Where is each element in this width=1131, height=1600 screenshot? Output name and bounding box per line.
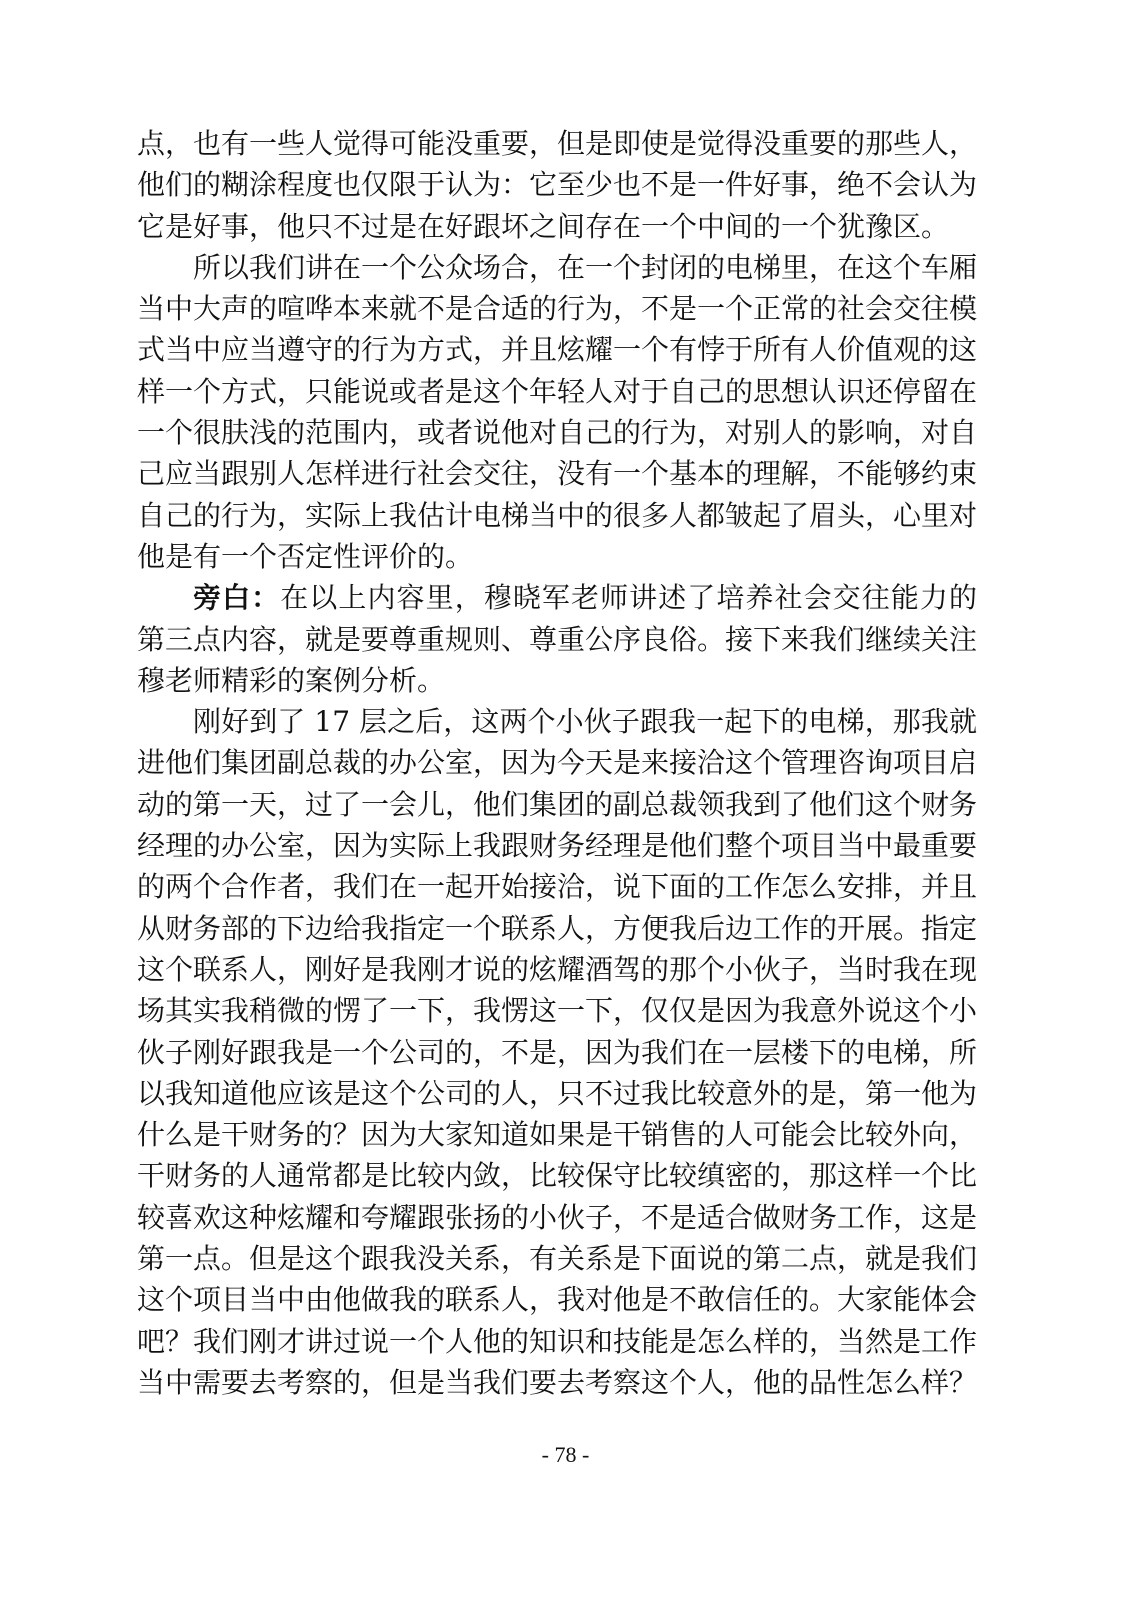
paragraph-continuation: 点，也有一些人觉得可能没重要，但是即使是觉得没重要的那些人，他们的糊涂程度也仅限… — [137, 123, 977, 247]
page-number: - 78 - — [0, 1442, 1131, 1468]
paragraph-public-behavior: 所以我们讲在一个公众场合，在一个封闭的电梯里，在这个车厢当中大声的喧哗本来就不是… — [137, 247, 977, 577]
paragraph-narration: 旁白：在以上内容里，穆晓军老师讲述了培养社会交往能力的第三点内容，就是要尊重规则… — [137, 577, 977, 701]
paragraph-case-story: 刚好到了 17 层之后，这两个小伙子跟我一起下的电梯，那我就进他们集团副总裁的办… — [137, 701, 977, 1403]
paragraph-text: 点，也有一些人觉得可能没重要，但是即使是觉得没重要的那些人，他们的糊涂程度也仅限… — [137, 127, 977, 243]
narration-label: 旁白： — [193, 581, 280, 614]
paragraph-text: 刚好到了 17 层之后，这两个小伙子跟我一起下的电梯，那我就进他们集团副总裁的办… — [137, 705, 977, 1399]
paragraph-text: 所以我们讲在一个公众场合，在一个封闭的电梯里，在这个车厢当中大声的喧哗本来就不是… — [137, 251, 977, 573]
document-body: 点，也有一些人觉得可能没重要，但是即使是觉得没重要的那些人，他们的糊涂程度也仅限… — [137, 123, 977, 1403]
